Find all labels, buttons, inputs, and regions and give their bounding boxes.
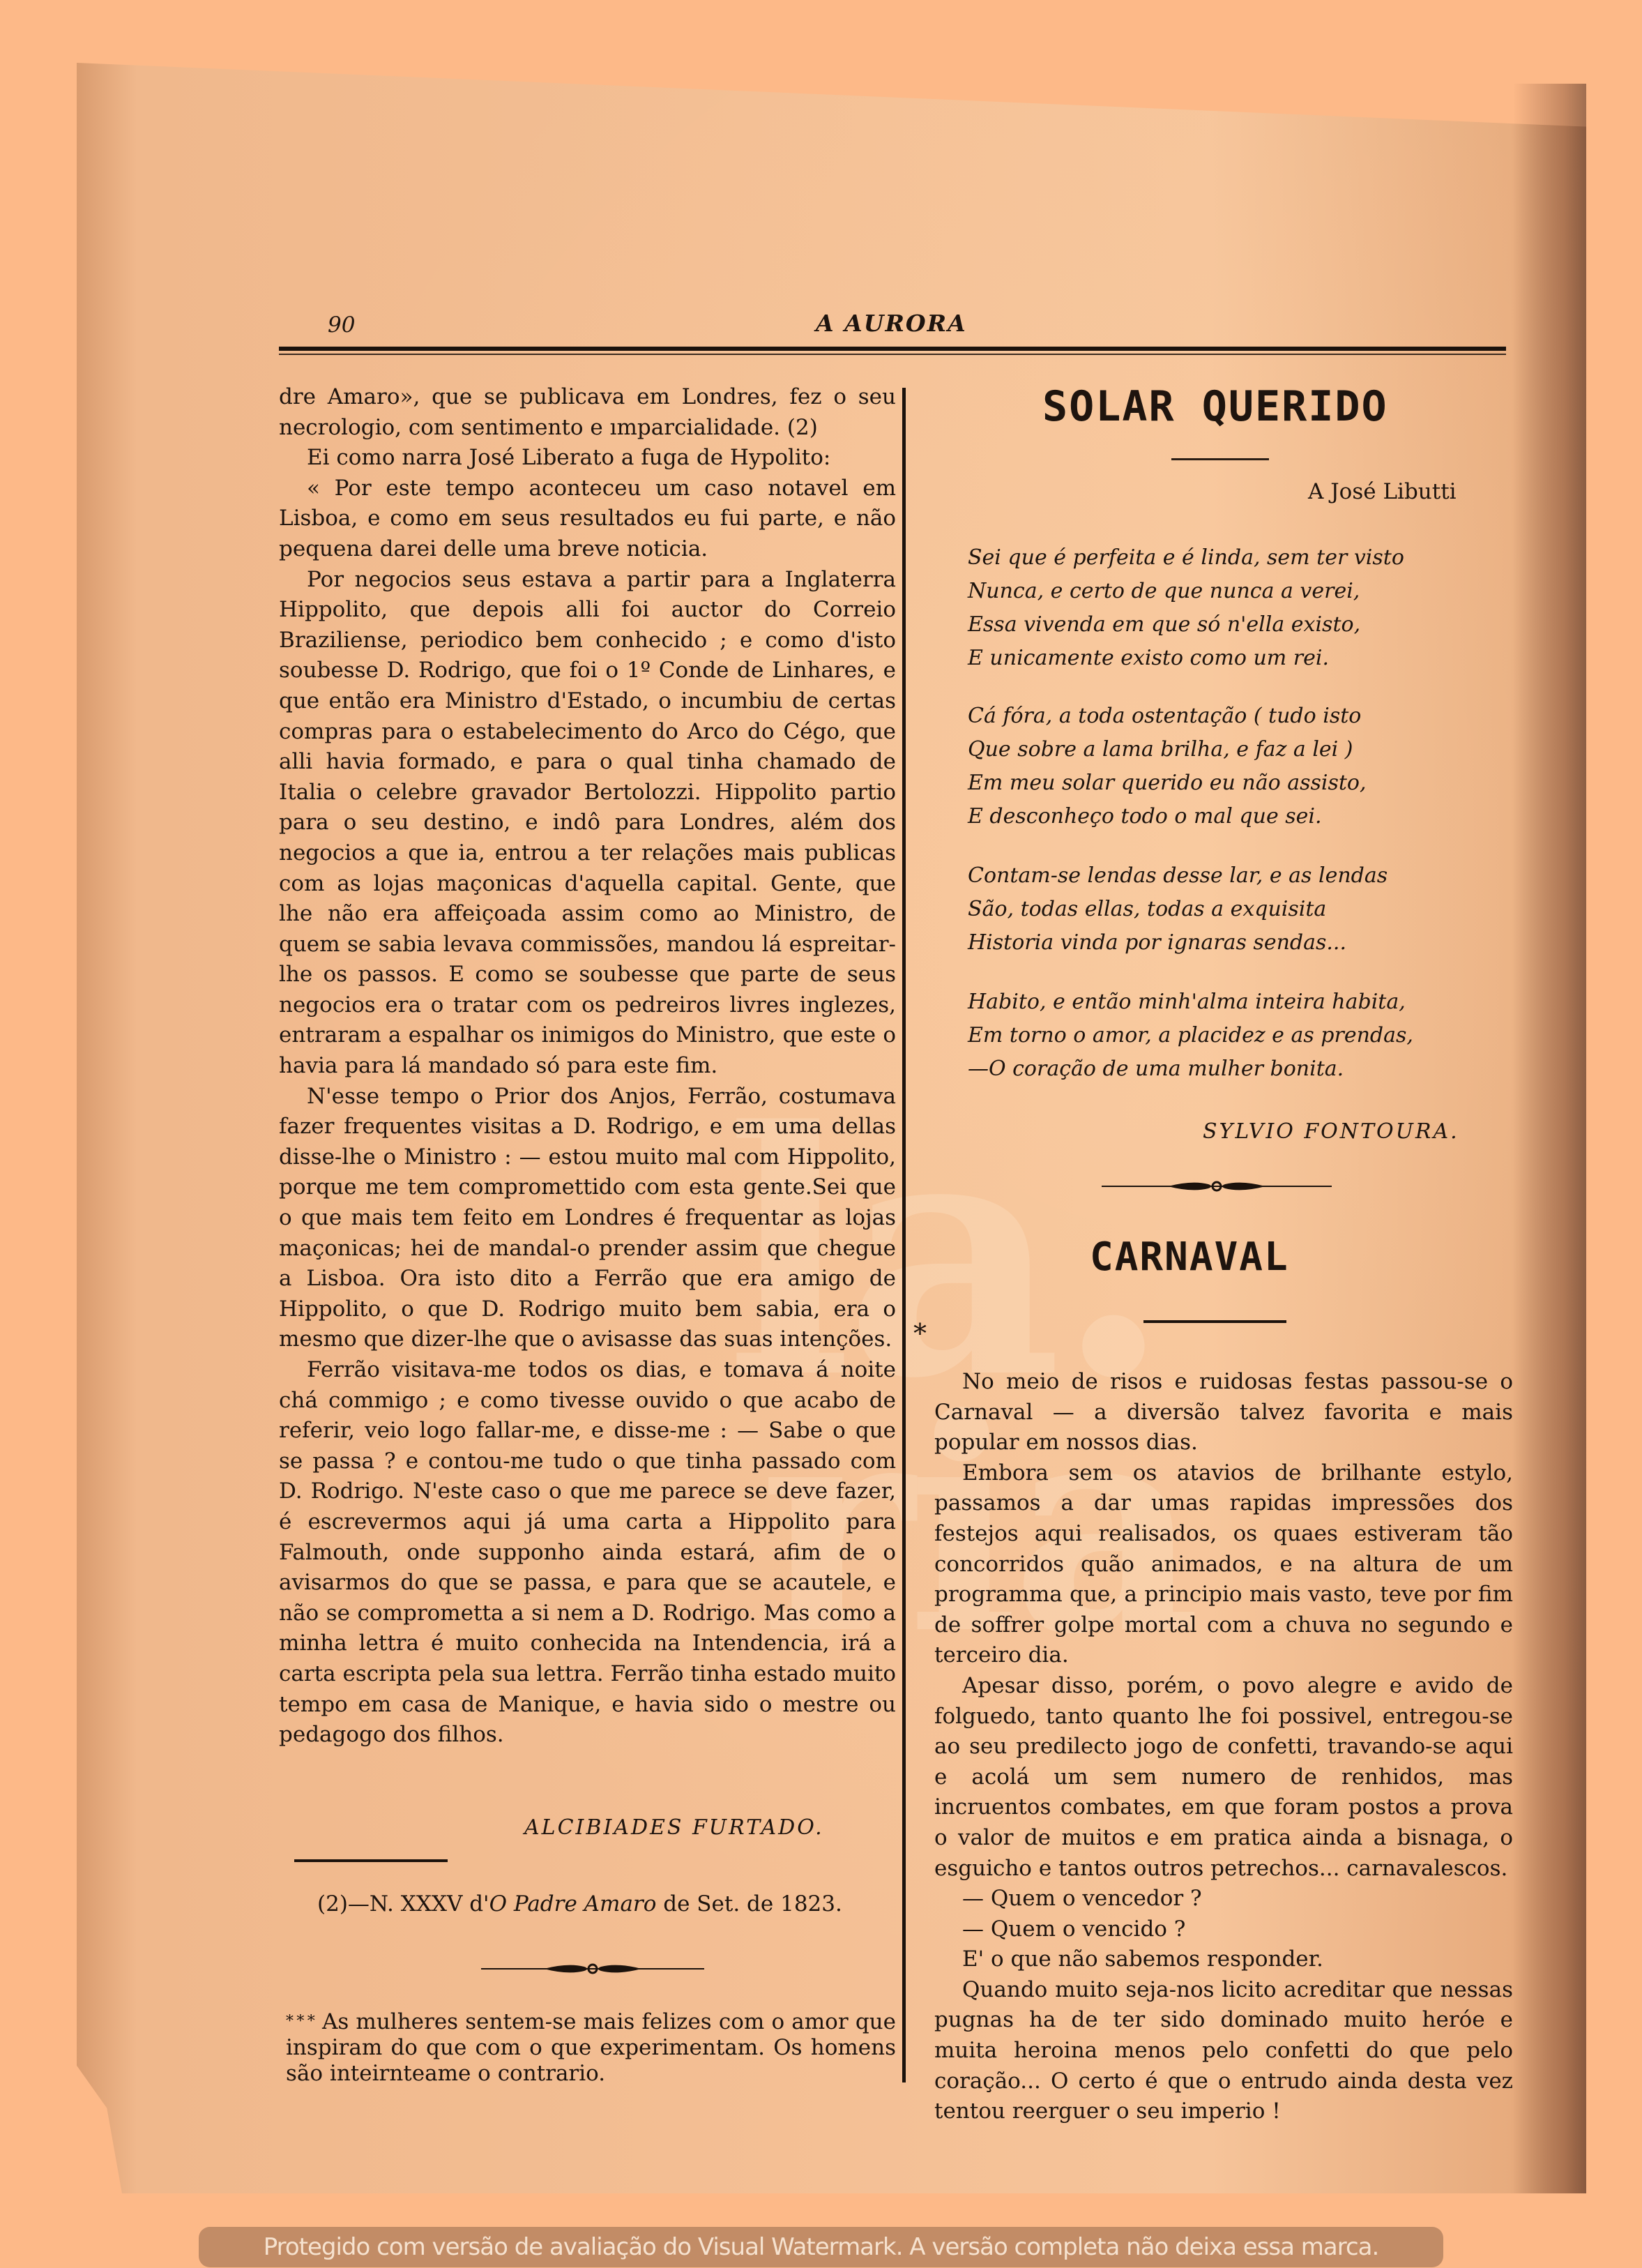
poem-line: São, todas ellas, todas a exquisita — [968, 893, 1512, 926]
poem-line: Em meu solar querido eu não assisto, — [968, 766, 1512, 800]
footnote-title: O Padre Amaro — [489, 1891, 657, 1917]
author-signature-alcibiades: ALCIBIADES FURTADO. — [524, 1815, 824, 1840]
poem-line: Que sobre a lama brilha, e faz a lei ) — [968, 733, 1512, 766]
maxim-paragraph: * * * As mulheres sentem-se mais felizes… — [286, 2009, 896, 2087]
poem-stanza-3: Contam-se lendas desse lar, e as lendas … — [968, 859, 1512, 960]
maxim-text: As mulheres sentem-se mais felizes com o… — [286, 2009, 896, 2086]
article-paragraph: dre Amaro», que se publicava em Londres,… — [279, 382, 896, 443]
author-signature-sylvio: SYLVIO FONTOURA. — [1203, 1119, 1459, 1144]
star-mark-icon: * — [913, 1318, 927, 1349]
article-paragraph: No meio de risos e ruidosas festas passo… — [934, 1367, 1513, 1458]
carnaval-title: CARNAVAL — [1090, 1234, 1289, 1280]
poem-title-rule — [1171, 458, 1269, 460]
footnote-rule — [294, 1859, 448, 1862]
article-paragraph: « Por este tempo aconteceu um caso notav… — [279, 474, 896, 565]
article-hypolito: dre Amaro», que se publicava em Londres,… — [279, 382, 896, 1751]
page-binding-shadow — [1513, 84, 1586, 2193]
column-divider — [902, 388, 906, 2082]
article-paragraph: Ei como narra José Liberato a fuga de Hy… — [279, 443, 896, 474]
article-paragraph: E' o que não sabemos responder. — [934, 1944, 1513, 1975]
poem-line: Habito, e então minh'alma inteira habita… — [968, 985, 1512, 1019]
poem-stanza-1: Sei que é perfeita e é linda, sem ter vi… — [968, 541, 1512, 675]
poem-line: E unicamente existo como um rei. — [968, 642, 1512, 675]
article-paragraph: Por negocios seus estava a partir para a… — [279, 565, 896, 1082]
asterism-icon: * * * — [286, 2013, 315, 2030]
footnote: (2)—N. XXXV d'O Padre Amaro de Set. de 1… — [317, 1891, 842, 1917]
article-paragraph: — Quem o vencido ? — [934, 1914, 1513, 1945]
page-number: 90 — [328, 312, 355, 338]
watermark-notice-bar: Protegido com versão de avaliação do Vis… — [199, 2227, 1443, 2267]
header-rule — [279, 347, 1506, 351]
article-paragraph: — Quem o vencedor ? — [934, 1884, 1513, 1914]
poem-line: Essa vivenda em que só n'ella existo, — [968, 608, 1512, 642]
poem-line: E desconheço todo o mal que sei. — [968, 800, 1512, 833]
ornament-divider-icon — [481, 1961, 704, 1976]
poem-stanza-4: Habito, e então minh'alma inteira habita… — [968, 985, 1512, 1086]
poem-line: Em torno o amor, a placidez e as prendas… — [968, 1019, 1512, 1052]
publication-title: A AURORA — [816, 310, 967, 337]
carnaval-title-rule — [1143, 1320, 1286, 1323]
footnote-suffix: de Set. de 1823. — [656, 1891, 842, 1917]
poem-stanza-2: Cá fóra, a toda ostentação ( tudo isto Q… — [968, 700, 1512, 833]
article-paragraph: N'esse tempo o Prior dos Anjos, Ferrão, … — [279, 1082, 896, 1355]
ornament-divider-icon — [1102, 1179, 1332, 1194]
poem-line: Sei que é perfeita e é linda, sem ter vi… — [968, 541, 1512, 575]
article-carnaval: No meio de risos e ruidosas festas passo… — [934, 1367, 1513, 2127]
article-paragraph: Ferrão visitava-me todos os dias, e toma… — [279, 1355, 896, 1751]
poem-line: Cá fóra, a toda ostentação ( tudo isto — [968, 700, 1512, 733]
poem-line: —O coração de uma mulher bonita. — [968, 1052, 1512, 1086]
poem-line: Nunca, e certo de que nunca a verei, — [968, 575, 1512, 608]
article-paragraph: Embora sem os atavios de brilhante estyl… — [934, 1458, 1513, 1671]
article-paragraph: Apesar disso, porém, o povo alegre e avi… — [934, 1671, 1513, 1884]
poem-dedication: A José Libutti — [1308, 479, 1457, 504]
poem-title: SOLAR QUERIDO — [1042, 382, 1388, 431]
footnote-prefix: (2)—N. XXXV d' — [317, 1891, 489, 1917]
header-rule-thin — [279, 354, 1506, 355]
poem-line: Contam-se lendas desse lar, e as lendas — [968, 859, 1512, 893]
article-paragraph: Quando muito seja-nos licito acreditar q… — [934, 1975, 1513, 2127]
poem-line: Historia vinda por ignaras sendas... — [968, 926, 1512, 960]
